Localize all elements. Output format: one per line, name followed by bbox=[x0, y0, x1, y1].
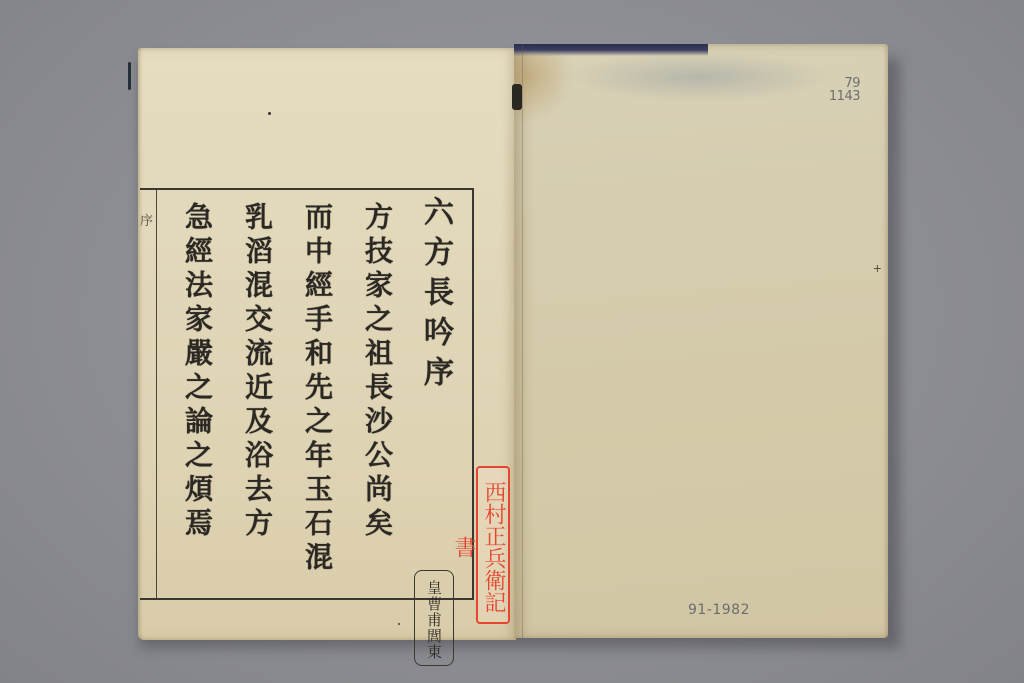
catalog-number: 79 1143 bbox=[829, 77, 860, 103]
text-column: 方技家之祖長沙公尚矣 bbox=[346, 190, 406, 596]
bleed-through-ink bbox=[564, 52, 834, 102]
open-book: 序 六方長吟序 方技家之祖長沙公尚矣 而中經手和先之年玉石混 乳滔混交流近及浴去… bbox=[0, 0, 1024, 683]
frame-inner-rule bbox=[156, 190, 157, 598]
text-columns: 六方長吟序 方技家之祖長沙公尚矣 而中經手和先之年玉石混 乳滔混交流近及浴去方 … bbox=[160, 190, 470, 596]
margin-label: 序 bbox=[140, 210, 160, 229]
accession-number: 91-1982 bbox=[688, 602, 750, 618]
text-column: 而中經手和先之年玉石混 bbox=[286, 190, 346, 596]
spine-ink-mark bbox=[512, 84, 522, 110]
red-ownership-seal: 西村正兵衛記書 bbox=[476, 466, 510, 624]
pencil-mark: + bbox=[873, 262, 882, 275]
text-column: 乳滔混交流近及浴去方 bbox=[226, 190, 286, 596]
gutter-fold bbox=[522, 44, 523, 638]
binding-thread bbox=[128, 62, 131, 90]
catalog-number-line: 1143 bbox=[829, 90, 860, 103]
text-column: 急經法家嚴之論之煩焉 bbox=[166, 190, 226, 596]
signature-cartouche: 皇曹甫閭東 bbox=[414, 570, 454, 666]
paper-speck bbox=[398, 623, 400, 625]
paper-speck bbox=[268, 112, 271, 115]
printed-text-frame: 序 六方長吟序 方技家之祖長沙公尚矣 而中經手和先之年玉石混 乳滔混交流近及浴去… bbox=[140, 188, 474, 600]
right-page: 79 1143 + 91-1982 bbox=[514, 44, 888, 638]
